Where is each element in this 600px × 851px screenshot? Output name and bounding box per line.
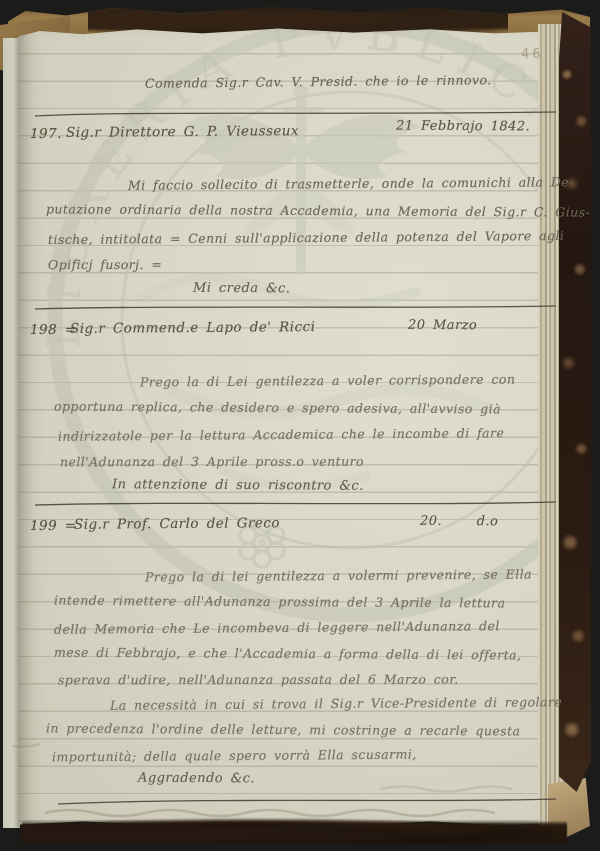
- entry-date: 21 Febbrajo 1842.: [396, 119, 530, 135]
- entry-line: mese di Febbrajo, e che l'Accademia a fo…: [54, 645, 521, 663]
- bottom-worn-edge: [22, 818, 567, 844]
- entry-line: sperava d'udire, nell'Adunanza passata d…: [58, 672, 459, 688]
- manuscript-scan: LIBRERIA PVBLICA: [0, 0, 600, 851]
- entry-line: Opificj fusorj. =: [48, 257, 162, 272]
- entry-date: 20 Marzo: [408, 318, 477, 333]
- entry-recipient: Sig.r Commend.e Lapo de' Ricci: [70, 319, 315, 337]
- entry-line: in precedenza l'ordine delle letture, mi…: [46, 721, 521, 739]
- entry-line: Prego la di lei gentilezza a volermi pre…: [145, 566, 532, 584]
- entry-number: 197.: [30, 126, 62, 142]
- facing-page-edge: [3, 38, 20, 828]
- page-number: 46: [521, 47, 544, 62]
- entry-closing: In attenzione di suo riscontro &c.: [112, 477, 364, 494]
- entry-line: importunità; della quale spero vorrà Ell…: [52, 747, 417, 765]
- entry-line: opportuna replica, che desidero e spero …: [54, 399, 501, 417]
- entry-recipient: Sig.r Prof. Carlo del Greco: [74, 515, 280, 533]
- entry-date: 20. d.o: [420, 514, 498, 529]
- entry-recipient: Sig.r Direttore G. P. Vieusseux: [66, 123, 299, 141]
- entry-line: intende rimettere all'Adunanza prossima …: [54, 593, 505, 611]
- entry-closing: Aggradendo &c.: [138, 771, 255, 787]
- entry-line: nell'Adunanza del 3 Aprile pross.o ventu…: [60, 454, 364, 470]
- entry-number: 199 =: [30, 518, 77, 534]
- marbled-cover-edge: [559, 12, 591, 792]
- entry-closing: Mi creda &c.: [193, 281, 290, 297]
- entry-line: Prego la di Lei gentilezza a voler corri…: [140, 372, 515, 390]
